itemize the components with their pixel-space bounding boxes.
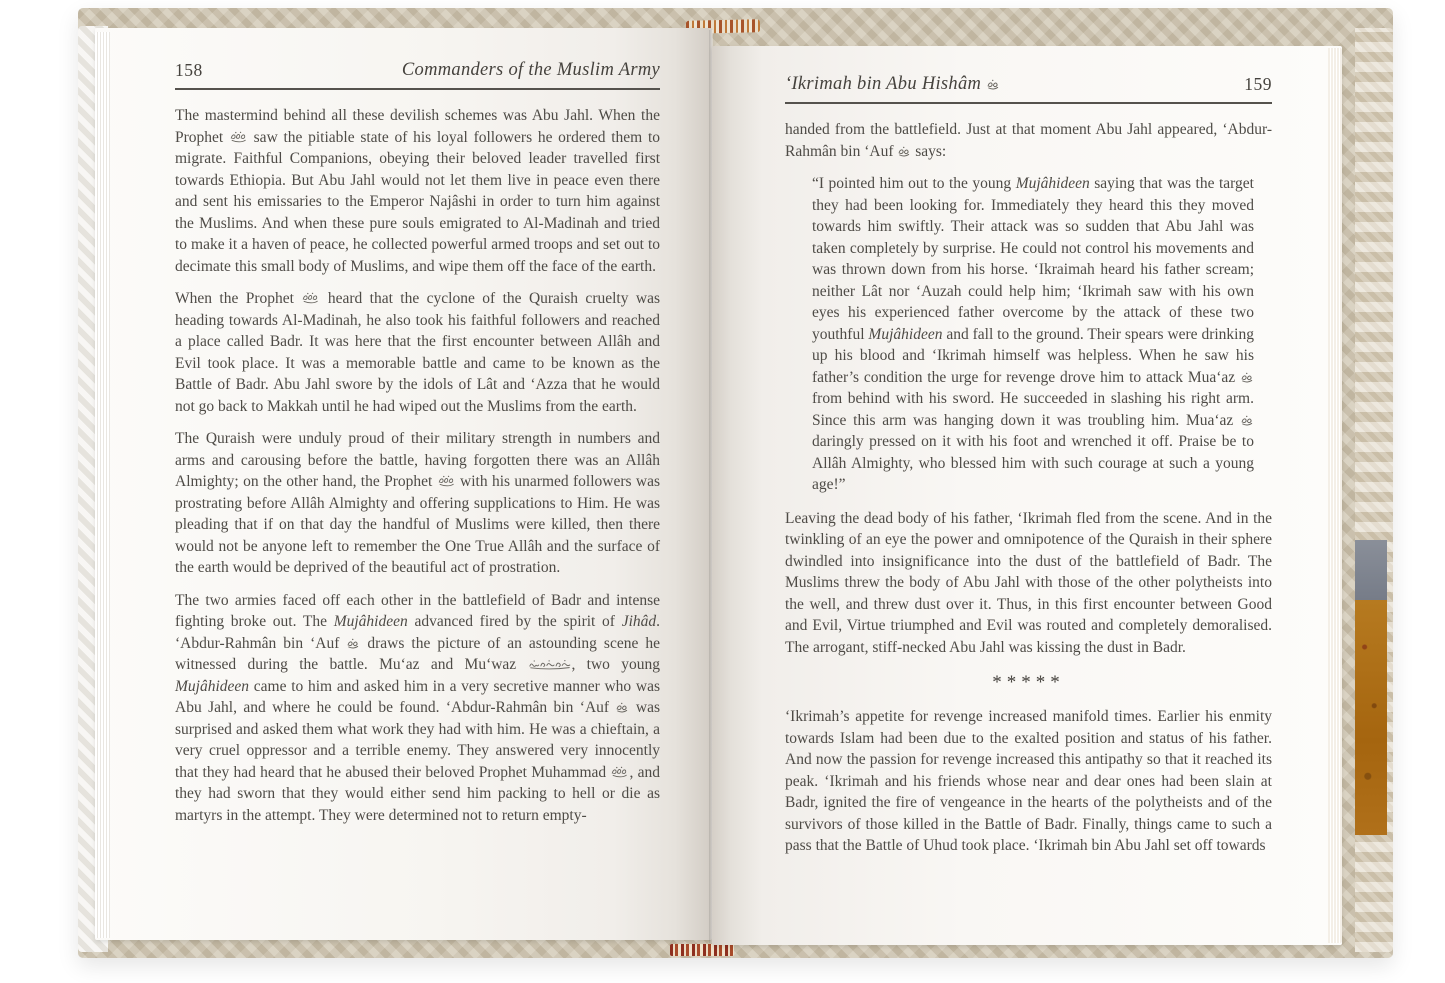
paragraph: handed from the battlefield. Just at tha…	[785, 119, 1272, 162]
book-cover-right-edge	[1355, 28, 1393, 952]
left-page-body: The mastermind behind all these devilish…	[175, 105, 660, 826]
left-page-header: 158 Commanders of the Muslim Army	[175, 60, 660, 90]
cover-art-gray-band	[1355, 540, 1387, 600]
prophet-symbol-icon	[230, 131, 247, 143]
cover-art-orange-band	[1355, 600, 1387, 835]
rau-symbol-icon	[1241, 415, 1253, 426]
prophet-symbol-icon	[611, 766, 628, 778]
section-separator: *****	[785, 672, 1272, 694]
right-page: ‘Ikrimah bin Abu Hishâm 159 handed from …	[712, 46, 1342, 945]
left-page: 158 Commanders of the Muslim Army The ma…	[95, 28, 712, 940]
prophet-symbol-icon	[302, 292, 319, 304]
paragraph: ‘Ikrimah’s appetite for revenge increase…	[785, 706, 1272, 857]
rau-symbol-icon	[616, 702, 628, 713]
rau-symbol-icon	[898, 146, 910, 157]
open-book: 158 Commanders of the Muslim Army The ma…	[78, 8, 1393, 958]
right-page-body: handed from the battlefield. Just at tha…	[785, 119, 1272, 857]
rau-phrase-icon	[529, 659, 571, 670]
prophet-symbol-icon	[438, 475, 455, 487]
rau-symbol-icon	[347, 638, 359, 649]
book-photo: { "symbols": { "prophet-symbol": "ﷺ", "r…	[0, 0, 1445, 983]
paragraph: When the Prophet heard that the cyclone …	[175, 288, 660, 417]
block-quote: “I pointed him out to the young Mujâhide…	[812, 173, 1254, 496]
rau-symbol-icon	[1241, 372, 1253, 383]
left-page-number: 158	[175, 60, 203, 81]
headband-bottom	[670, 944, 734, 956]
paragraph: The two armies faced off each other in t…	[175, 590, 660, 827]
right-page-header: ‘Ikrimah bin Abu Hishâm 159	[785, 74, 1272, 104]
paragraph: The mastermind behind all these devilish…	[175, 105, 660, 277]
paragraph: The Quraish were unduly proud of their m…	[175, 428, 660, 579]
left-running-title: Commanders of the Muslim Army	[402, 60, 660, 81]
right-page-number: 159	[1244, 74, 1272, 95]
rau-symbol-icon	[987, 79, 999, 90]
paragraph: Leaving the dead body of his father, ‘Ik…	[785, 508, 1272, 659]
right-running-title: ‘Ikrimah bin Abu Hishâm	[785, 74, 1000, 95]
